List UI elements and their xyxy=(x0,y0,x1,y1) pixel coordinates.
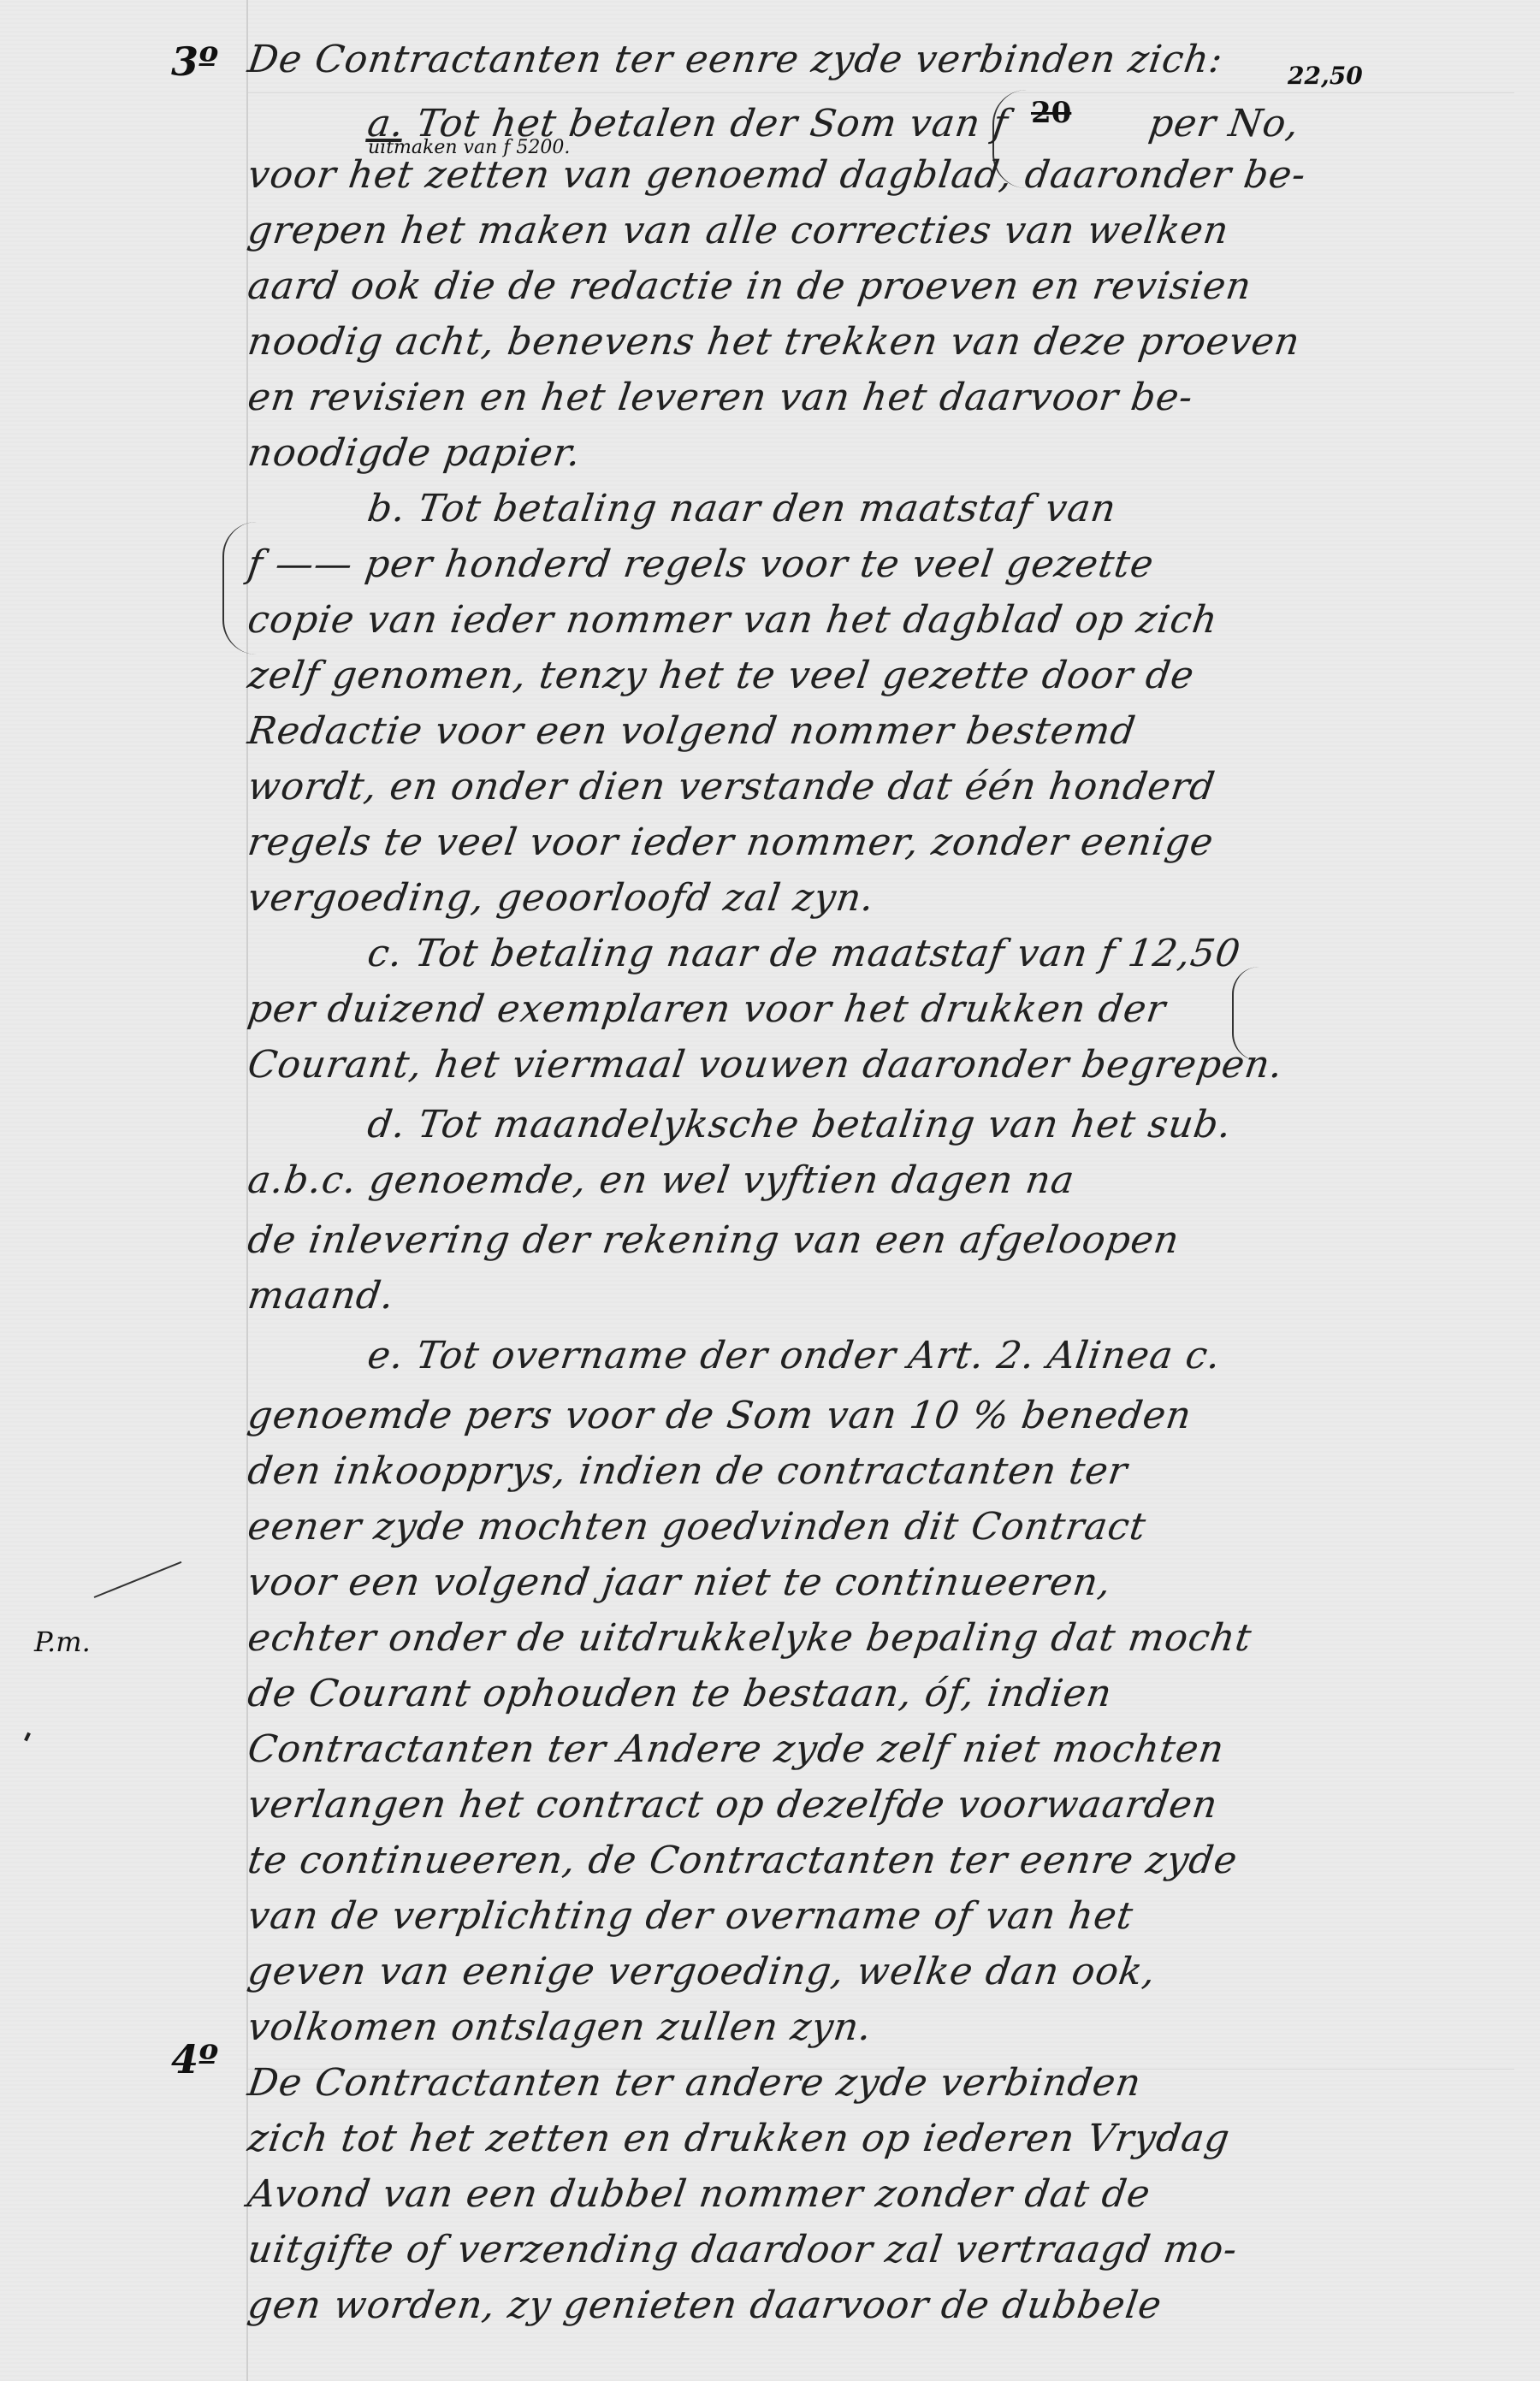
margin-note: P.m. xyxy=(34,1626,91,1658)
text-line: uitgifte of verzending daardoor zal vert… xyxy=(245,2224,1518,2276)
text-line: aard ook die de redactie in de proeven e… xyxy=(245,261,1518,312)
text-line: volkomen ontslagen zullen zyn. xyxy=(245,2002,1518,2053)
text-line: de inlevering der rekening van een afgel… xyxy=(245,1215,1518,1266)
text-line: De Contractanten ter eenre zyde verbinde… xyxy=(245,34,1518,86)
paragraph-letter-a: a. xyxy=(364,102,406,145)
text-line: copie van ieder nommer van het dagblad o… xyxy=(245,595,1518,646)
text-line: en revisien en het leveren van het daarv… xyxy=(245,372,1518,423)
text-line: verlangen het contract op dezelfde voorw… xyxy=(245,1780,1518,1831)
text-line: voor een volgend jaar niet te continueer… xyxy=(245,1557,1518,1608)
text-line: noodigde papier. xyxy=(245,428,1518,479)
text-line: zelf genomen, tenzy het te veel gezette … xyxy=(245,650,1518,702)
text-line: noodig acht, benevens het trekken van de… xyxy=(245,317,1518,368)
text-line: regels te veel voor ieder nommer, zonder… xyxy=(245,817,1518,868)
text-fragment: per No, xyxy=(1146,102,1302,145)
text-line: maand. xyxy=(245,1270,1518,1322)
text-line: f —— per honderd regels voor te veel gez… xyxy=(245,539,1518,590)
text-line: voor het zetten van genoemd dagblad, daa… xyxy=(245,150,1518,201)
text-line: te continueeren, de Contractanten ter ee… xyxy=(245,1835,1518,1886)
text-line: b. Tot betaling naar den maatstaf van xyxy=(245,483,1518,535)
text-line: Contractanten ter Andere zyde zelf niet … xyxy=(245,1724,1518,1775)
text-line: echter onder de uitdrukkelyke bepaling d… xyxy=(245,1613,1518,1664)
text-fragment: Tot het betalen der Som van f xyxy=(414,102,1011,145)
text-line: grepen het maken van alle correcties van… xyxy=(245,205,1518,257)
text-line: De Contractanten ter andere zyde verbind… xyxy=(245,2058,1518,2109)
text-line: wordt, en onder dien verstande dat één h… xyxy=(245,761,1518,813)
text-line: c. Tot betaling naar de maatstaf van f 1… xyxy=(245,928,1518,980)
text-line: van de verplichting der overname of van … xyxy=(245,1891,1518,1942)
ruled-line xyxy=(248,92,1514,93)
section-number-4: 4º xyxy=(171,2036,218,2082)
text-line: de Courant ophouden te bestaan, óf, indi… xyxy=(245,1668,1518,1720)
margin-stroke xyxy=(94,1561,182,1598)
text-line: Avond van een dubbel nommer zonder dat d… xyxy=(245,2169,1518,2220)
text-line: gen worden, zy genieten daarvoor de dubb… xyxy=(245,2280,1518,2331)
text-line: zich tot het zetten en drukken op iedere… xyxy=(245,2113,1518,2165)
text-line: Redactie voor een volgend nommer bestemd xyxy=(245,706,1518,757)
document-page: 3º 4º P.m. 20 22,50 uitmaken van f 5200.… xyxy=(0,0,1540,2381)
text-line: d. Tot maandelyksche betaling van het su… xyxy=(245,1099,1518,1151)
text-line: e. Tot overname der onder Art. 2. Alinea… xyxy=(245,1330,1518,1382)
text-line: a. Tot het betalen der Som van f per No, xyxy=(245,98,1518,150)
text-line: den inkoopprys, indien de contractanten … xyxy=(245,1446,1518,1497)
text-line: vergoeding, geoorloofd zal zyn. xyxy=(245,873,1518,924)
text-line: per duizend exemplaren voor het drukken … xyxy=(245,984,1518,1035)
text-line: genoemde pers voor de Som van 10 % bened… xyxy=(245,1390,1518,1442)
section-number-3: 3º xyxy=(171,38,218,85)
text-line: Courant, het viermaal vouwen daaronder b… xyxy=(245,1039,1518,1091)
margin-mark xyxy=(24,1732,31,1742)
text-line: eener zyde mochten goedvinden dit Contra… xyxy=(245,1501,1518,1553)
text-line: a.b.c. genoemde, en wel vyftien dagen na xyxy=(245,1155,1518,1206)
text-line: geven van eenige vergoeding, welke dan o… xyxy=(245,1946,1518,1998)
